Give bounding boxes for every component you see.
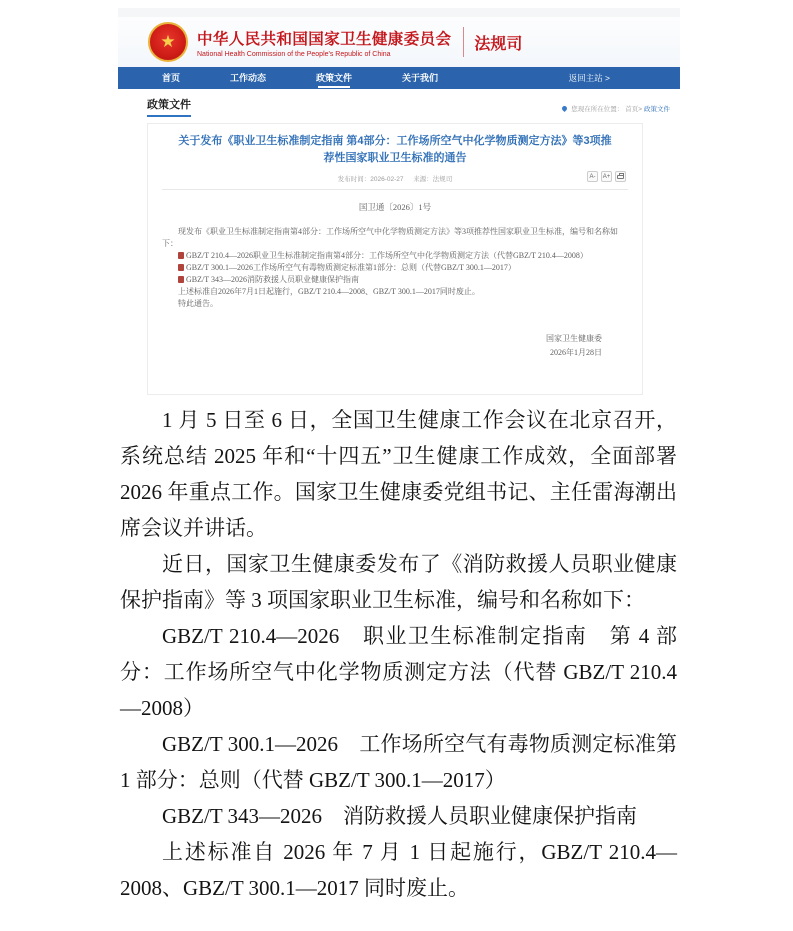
article-paragraph-effective: 上述标准自2026年7月1日起施行，GBZ/T 210.4—2008、GBZ/T… [162,286,628,298]
article-paragraph-closing: 特此通告。 [162,298,628,310]
breadcrumb-current[interactable]: 政策文件 [644,104,670,113]
print-button[interactable] [615,171,626,182]
header-divider [463,27,464,57]
nav-item-about[interactable]: 关于我们 [402,67,438,89]
breadcrumb-prefix: 您现在所在位置： [571,104,623,113]
document-paragraph: GBZ/T 343—2026 消防救援人员职业健康保护指南 [120,798,677,834]
signature-name: 国家卫生健康委 [162,332,602,346]
standard-item[interactable]: GBZ/T 343—2026消防救援人员职业健康保护指南 [162,274,628,286]
article-meta: 发布时间：2026-02-27 来源：法规司 A- A+ [162,174,628,183]
article-panel: 关于发布《职业卫生标准制定指南 第4部分：工作场所空气中化学物质测定方法》等3项… [147,123,643,395]
section-header-row: 政策文件 您现在所在位置： 首页> 政策文件 [147,96,670,117]
page-top-strip [118,8,680,17]
font-decrease-button[interactable]: A- [587,171,598,182]
document-paragraph: 上述标准自 2026 年 7 月 1 日起施行，GBZ/T 210.4—2008… [120,834,677,906]
standard-item[interactable]: GBZ/T 300.1—2026工作场所空气有毒物质测定标准第1部分：总则（代替… [162,262,628,274]
source: 来源：法规司 [413,176,452,183]
site-header: ★ 中华人民共和国国家卫生健康委员会 National Health Commi… [118,17,680,67]
org-name-en: National Health Commission of the People… [197,51,451,58]
nav-item-policy[interactable]: 政策文件 [316,67,352,89]
font-increase-button[interactable]: A+ [601,171,612,182]
nav-item-home[interactable]: 首页 [162,67,180,89]
standard-item-text[interactable]: GBZ/T 300.1—2026工作场所空气有毒物质测定标准第1部分：总则（代替… [186,263,516,272]
webpage-screenshot: ★ 中华人民共和国国家卫生健康委员会 National Health Commi… [118,8,680,396]
attachment-icon [178,264,184,271]
dept-name: 法规司 [474,31,522,54]
attachment-icon [178,252,184,259]
signature-date: 2026年1月28日 [162,346,602,360]
signature-block: 国家卫生健康委 2026年1月28日 [162,332,628,360]
document-paragraph: 近日，国家卫生健康委发布了《消防救援人员职业健康保护指南》等 3 项国家职业卫生… [120,546,677,618]
article-paragraph-intro: 现发布《职业卫生标准制定指南第4部分：工作场所空气中化学物质测定方法》等3项推荐… [162,226,628,250]
document-body: 1 月 5 日至 6 日，全国卫生健康工作会议在北京召开，系统总结 2025 年… [120,402,677,906]
location-pin-icon [561,105,568,112]
meta-divider [162,189,628,190]
document-paragraph: GBZ/T 300.1—2026 工作场所空气有毒物质测定标准第 1 部分：总则… [120,726,677,798]
document-paragraph: 1 月 5 日至 6 日，全国卫生健康工作会议在北京召开，系统总结 2025 年… [120,402,677,546]
article-toolbar: A- A+ [587,171,626,182]
attachment-icon [178,276,184,283]
breadcrumb: 您现在所在位置： 首页> 政策文件 [562,104,670,117]
national-emblem-logo: ★ [148,22,188,62]
main-nav: 首页 工作动态 政策文件 关于我们 返回主站 > [118,67,680,89]
org-name-cn: 中华人民共和国国家卫生健康委员会 [197,27,451,49]
document-paragraph: GBZ/T 210.4—2026 职业卫生标准制定指南 第 4 部分：工作场所空… [120,618,677,726]
breadcrumb-home[interactable]: 首页> [625,104,642,113]
standard-item-text[interactable]: GBZ/T 343—2026消防救援人员职业健康保护指南 [186,275,359,284]
standard-item-text[interactable]: GBZ/T 210.4—2026职业卫生标准制定指南第4部分：工作场所空气中化学… [186,251,588,260]
org-title-block: 中华人民共和国国家卫生健康委员会 National Health Commiss… [197,27,451,58]
back-to-main-link[interactable]: 返回主站 > [569,72,610,84]
page-content: 政策文件 您现在所在位置： 首页> 政策文件 关于发布《职业卫生标准制定指南 第… [118,96,680,395]
article-title: 关于发布《职业卫生标准制定指南 第4部分：工作场所空气中化学物质测定方法》等3项… [162,133,628,167]
printer-icon [617,175,624,179]
section-title: 政策文件 [147,96,191,117]
publish-time: 发布时间：2026-02-27 [338,176,404,183]
doc-number: 国卫通〔2026〕1号 [162,201,628,213]
standard-item[interactable]: GBZ/T 210.4—2026职业卫生标准制定指南第4部分：工作场所空气中化学… [162,250,628,262]
article-body: 现发布《职业卫生标准制定指南第4部分：工作场所空气中化学物质测定方法》等3项推荐… [162,226,628,310]
nav-item-news[interactable]: 工作动态 [230,67,266,89]
